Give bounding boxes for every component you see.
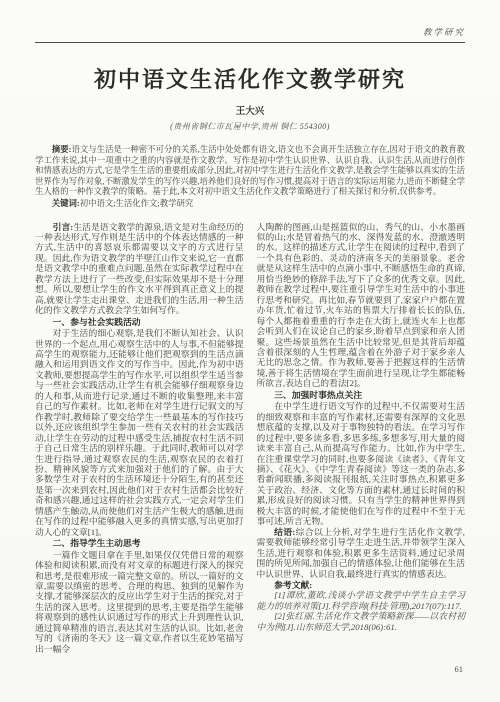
paper-title: 初中语文生活化作文教学研究 xyxy=(35,63,465,94)
references-heading: 参考文献: xyxy=(257,579,466,590)
section2-paragraph-left: 一篇作文题目拿在手里,如果仅仅凭借日常的观察体验和阅读积累,而没有对文章的标题进… xyxy=(35,550,244,655)
author-affiliation: (贵州省铜仁市瓦屋中学,贵州 铜仁 554300) xyxy=(35,121,465,132)
intro-label: 引言: xyxy=(53,222,74,232)
right-column: 人陶醉的图画,山是摇篮似的山、秀气的山、小水墨画似的山;水是冒着热气的水、深得发… xyxy=(257,222,466,655)
abstract-paragraph: 摘要:语文与生活是一种密不可分的关系,生活中处处都有语文,语文也不会离开生活独立… xyxy=(35,145,465,198)
reference-item: [2]张红丽.生活化作文教学策略新探——以农村初中为例[J].山东师范大学,20… xyxy=(257,611,466,632)
intro-paragraph: 引言:生活是语文教学的源泉,语文是对生命经历的一种表达形式,写作则是生活中的个体… xyxy=(35,222,244,316)
abstract-block: 摘要:语文与生活是一种密不可分的关系,生活中处处都有语文,语文也不会离开生活独立… xyxy=(35,145,465,210)
keywords-label: 关键词: xyxy=(52,199,80,208)
author-name: 王大兴 xyxy=(35,103,465,117)
keywords-line: 关键词:初中语文;生活化作文;教学研究 xyxy=(35,199,465,210)
keywords-text: 初中语文;生活化作文;教学研究 xyxy=(80,199,194,208)
section1-paragraph: 对于生活的细心观察,是我们不断认知社会、认识世界的一个起点,用心观察生活中的人与… xyxy=(35,328,244,537)
page-number: 61 xyxy=(455,664,464,674)
paper-page: 教学研究 初中语文生活化作文教学研究 王大兴 (贵州省铜仁市瓦屋中学,贵州 铜仁… xyxy=(0,0,500,702)
reference-item: [1]谭欣,董欧.浅谈小学语文教学中学生自主学习能力的培养对策[J].科学咨询(… xyxy=(257,590,466,611)
abstract-text: 语文与生活是一种密不可分的关系,生活中处处都有语文,语文也不会离开生活独立存在,… xyxy=(35,145,465,196)
section2-heading: 二、指导学生主动思考 xyxy=(35,537,244,549)
section2-paragraph-right: 人陶醉的图画,山是摇篮似的山、秀气的山、小水墨画似的山;水是冒着热气的水、深得发… xyxy=(257,222,466,389)
running-head: 教学研究 xyxy=(35,26,465,43)
left-column: 引言:生活是语文教学的源泉,语文是对生命经历的一种表达形式,写作则是生活中的个体… xyxy=(35,222,244,655)
section1-heading: 一、参与社会实践活动 xyxy=(35,316,244,328)
two-column-body: 引言:生活是语文教学的源泉,语文是对生命经历的一种表达形式,写作则是生活中的个体… xyxy=(35,222,465,655)
conclusion-paragraph: 结语:综合以上分析,对学生进行生活化作文教学,需要教师能够经常引导学生走进生活,… xyxy=(257,527,466,579)
abstract-label: 摘要: xyxy=(52,145,72,154)
intro-text: 生活是语文教学的源泉,语文是对生命经历的一种表达形式,写作则是生活中的个体表达情… xyxy=(35,222,244,316)
conclusion-label: 结语: xyxy=(274,527,295,537)
section3-heading: 三、加强时事热点关注 xyxy=(257,389,466,401)
section3-paragraph: 在中学生进行语文写作的过程中,不仅需要对生活的细致观察和丰富的写作素材,还需要有… xyxy=(257,401,466,526)
